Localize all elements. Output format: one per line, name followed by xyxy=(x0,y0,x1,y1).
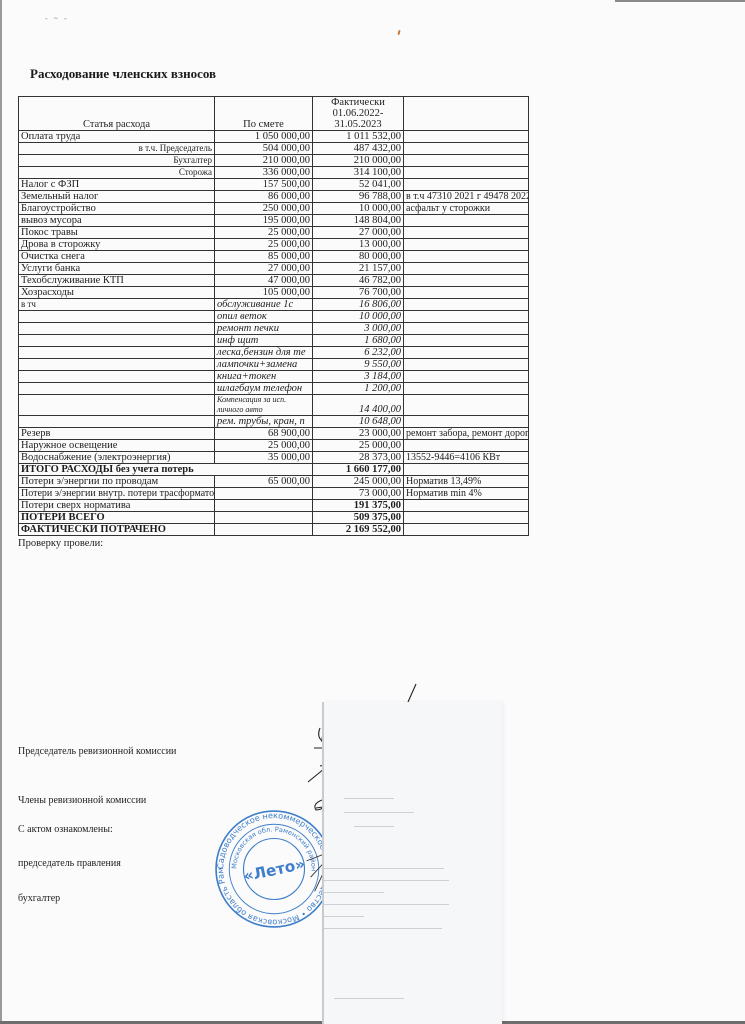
corner-marks: - ~ - xyxy=(45,14,69,23)
expense-item: Сторожа xyxy=(19,167,215,179)
table-row: Наружное освещение25 000,0025 000,00 xyxy=(19,440,529,452)
budget-amount: 25 000,00 xyxy=(215,440,313,452)
expense-item: Резерв xyxy=(19,428,215,440)
empty-cell xyxy=(215,512,313,524)
actual-amount: 76 700,00 xyxy=(313,287,404,299)
sub-amount: 10 648,00 xyxy=(313,416,404,428)
budget-amount: 157 500,00 xyxy=(215,179,313,191)
spent-total-amount: 2 169 552,00 xyxy=(313,524,404,536)
audit-chair-label: Председатель ревизионной комиссии xyxy=(18,746,176,757)
sub-item: инф щит xyxy=(215,335,313,347)
actual-amount: 1 011 532,00 xyxy=(313,131,404,143)
sub-amount: 3 184,00 xyxy=(313,371,404,383)
note-cell: ремонт забора, ремонт дороги xyxy=(404,428,529,440)
budget-amount: 1 050 000,00 xyxy=(215,131,313,143)
table-row: вывоз мусора195 000,00148 804,00 xyxy=(19,215,529,227)
acknowledged-label: С актом ознакомлены: xyxy=(18,824,113,835)
sub-item: леска,бензин для те xyxy=(215,347,313,359)
note-cell xyxy=(404,143,529,155)
budget-amount: 65 000,00 xyxy=(215,476,313,488)
accountant-label: бухгалтер xyxy=(18,893,60,904)
budget-amount: 27 000,00 xyxy=(215,263,313,275)
sub-amount: 3 000,00 xyxy=(313,323,404,335)
table-row: Налог с ФЗП157 500,0052 041,00 xyxy=(19,179,529,191)
table-row: Благоустройство250 000,0010 000,00асфаль… xyxy=(19,203,529,215)
sub-row: опил веток10 000,00 xyxy=(19,311,529,323)
empty-cell xyxy=(404,311,529,323)
sub-row: леска,бензин для те6 232,00 xyxy=(19,347,529,359)
header-budget: По смете xyxy=(215,97,313,131)
empty-cell xyxy=(404,323,529,335)
sub-item: обслуживание 1с xyxy=(215,299,313,311)
actual-amount: 487 432,00 xyxy=(313,143,404,155)
header-note xyxy=(404,97,529,131)
expense-item: Услуги банка xyxy=(19,263,215,275)
actual-amount: 245 000,00 xyxy=(313,476,404,488)
scan-edge xyxy=(615,0,745,2)
note-cell xyxy=(404,251,529,263)
sub-row: рем. трубы, кран, п10 648,00 xyxy=(19,416,529,428)
empty-cell xyxy=(19,383,215,395)
actual-amount: 46 782,00 xyxy=(313,275,404,287)
budget-amount: 250 000,00 xyxy=(215,203,313,215)
sub-amount: 9 550,00 xyxy=(313,359,404,371)
actual-amount: 28 373,00 xyxy=(313,452,404,464)
overlaid-paper xyxy=(322,702,502,1024)
actual-amount: 191 375,00 xyxy=(313,500,404,512)
empty-cell xyxy=(404,347,529,359)
table-row: Хозрасходы105 000,0076 700,00 xyxy=(19,287,529,299)
sub-amount: 10 000,00 xyxy=(313,311,404,323)
expense-item: Очистка снега xyxy=(19,251,215,263)
total-row: ИТОГО РАСХОДЫ без учета потерь1 660 177,… xyxy=(19,464,529,476)
empty-cell xyxy=(19,323,215,335)
empty-cell xyxy=(19,395,215,416)
scan-edge xyxy=(0,0,2,1024)
expense-item: Налог с ФЗП xyxy=(19,179,215,191)
table-row: Покос травы25 000,0027 000,00 xyxy=(19,227,529,239)
table-row: Сторожа336 000,00314 100,00 xyxy=(19,167,529,179)
actual-amount: 80 000,00 xyxy=(313,251,404,263)
expense-item: Земельный налог xyxy=(19,191,215,203)
empty-cell xyxy=(19,335,215,347)
sub-row: книга+токен3 184,00 xyxy=(19,371,529,383)
empty-cell xyxy=(19,311,215,323)
note-cell xyxy=(404,440,529,452)
note-cell xyxy=(404,131,529,143)
expense-item: Оплата труда xyxy=(19,131,215,143)
actual-amount: 210 000,00 xyxy=(313,155,404,167)
loss-item: Потери э/энергии по проводам xyxy=(19,476,215,488)
checked-by-label: Проверку провели: xyxy=(18,538,103,549)
sub-row: в тчобслуживание 1с16 806,00 xyxy=(19,299,529,311)
table-row: Техобслуживание КТП47 000,0046 782,00 xyxy=(19,275,529,287)
table-row: Услуги банка27 000,0021 157,00 xyxy=(19,263,529,275)
table-row: Земельный налог86 000,0096 788,00в т.ч 4… xyxy=(19,191,529,203)
loss-item: Потери сверх норматива xyxy=(19,500,215,512)
table-row: Оплата труда1 050 000,001 011 532,00 xyxy=(19,131,529,143)
empty-cell xyxy=(404,371,529,383)
sub-amount: 1 200,00 xyxy=(313,383,404,395)
expense-item: в т.ч. Председатель xyxy=(19,143,215,155)
sub-item: шлагбаум телефон xyxy=(215,383,313,395)
budget-amount: 336 000,00 xyxy=(215,167,313,179)
empty-cell xyxy=(404,299,529,311)
sub-label: в тч xyxy=(19,299,215,311)
empty-cell xyxy=(404,464,529,476)
loss-row: Потери э/энергии по проводам65 000,00245… xyxy=(19,476,529,488)
note-cell xyxy=(404,179,529,191)
table-row: Резерв68 900,0023 000,00ремонт забора, р… xyxy=(19,428,529,440)
sub-item: ремонт печки xyxy=(215,323,313,335)
sub-row: шлагбаум телефон1 200,00 xyxy=(19,383,529,395)
budget-amount: 210 000,00 xyxy=(215,155,313,167)
table-row: в т.ч. Председатель504 000,00487 432,00 xyxy=(19,143,529,155)
empty-cell xyxy=(404,512,529,524)
empty-cell xyxy=(404,416,529,428)
actual-amount: 314 100,00 xyxy=(313,167,404,179)
budget-amount: 25 000,00 xyxy=(215,227,313,239)
actual-amount: 13 000,00 xyxy=(313,239,404,251)
table-row: Водоснабжение (электроэнергия)35 000,002… xyxy=(19,452,529,464)
expense-item: Наружное освещение xyxy=(19,440,215,452)
note-cell: Норматив 13,49% xyxy=(404,476,529,488)
expense-item: Бухгалтер xyxy=(19,155,215,167)
budget-amount: 35 000,00 xyxy=(215,452,313,464)
note-cell xyxy=(404,227,529,239)
note-cell xyxy=(404,263,529,275)
empty-cell xyxy=(19,347,215,359)
sub-amount: 1 680,00 xyxy=(313,335,404,347)
sub-item: опил веток xyxy=(215,311,313,323)
actual-amount: 23 000,00 xyxy=(313,428,404,440)
svg-text:«Лето»: «Лето» xyxy=(242,855,306,886)
note-cell xyxy=(404,155,529,167)
budget-amount: 504 000,00 xyxy=(215,143,313,155)
budget-amount: 47 000,00 xyxy=(215,275,313,287)
audit-members-label: Члены ревизионной комиссии xyxy=(18,795,146,806)
sub-row: инф щит1 680,00 xyxy=(19,335,529,347)
empty-cell xyxy=(404,383,529,395)
expense-item: вывоз мусора xyxy=(19,215,215,227)
sub-row: Компенсация за исп. личного авто14 400,0… xyxy=(19,395,529,416)
total-expenses-amount: 1 660 177,00 xyxy=(313,464,404,476)
table-header-row: Статья расхода По смете Фактически 01.06… xyxy=(19,97,529,131)
budget-amount: 68 900,00 xyxy=(215,428,313,440)
expense-table: Статья расхода По смете Фактически 01.06… xyxy=(18,96,529,536)
budget-amount: 195 000,00 xyxy=(215,215,313,227)
loss-item: Потери э/энергии внутр. потери трасформа… xyxy=(19,488,215,500)
total-expenses-label: ИТОГО РАСХОДЫ без учета потерь xyxy=(19,464,313,476)
empty-cell xyxy=(19,371,215,383)
budget-amount: 86 000,00 xyxy=(215,191,313,203)
note-cell: в т.ч 47310 2021 г 49478 2022г xyxy=(404,191,529,203)
actual-amount: 27 000,00 xyxy=(313,227,404,239)
losses-total-label: ПОТЕРИ ВСЕГО xyxy=(19,512,215,524)
sub-amount: 6 232,00 xyxy=(313,347,404,359)
budget-amount: 85 000,00 xyxy=(215,251,313,263)
expense-item: Покос травы xyxy=(19,227,215,239)
sub-row: лампочки+замена9 550,00 xyxy=(19,359,529,371)
organization-stamp: Садоводческое некоммерческое товариществ… xyxy=(213,808,335,930)
note-cell xyxy=(404,167,529,179)
actual-amount: 21 157,00 xyxy=(313,263,404,275)
actual-amount: 73 000,00 xyxy=(313,488,404,500)
ink-mark xyxy=(397,30,400,35)
expense-item: Хозрасходы xyxy=(19,287,215,299)
empty-cell xyxy=(19,416,215,428)
loss-row: Потери э/энергии внутр. потери трасформа… xyxy=(19,488,529,500)
note-cell: Норматив min 4% xyxy=(404,488,529,500)
empty-cell xyxy=(404,335,529,347)
spent-total-label: ФАКТИЧЕСКИ ПОТРАЧЕНО xyxy=(19,524,215,536)
budget-amount xyxy=(215,488,313,500)
expense-item: Благоустройство xyxy=(19,203,215,215)
expense-item: Техобслуживание КТП xyxy=(19,275,215,287)
empty-cell xyxy=(19,359,215,371)
header-item: Статья расхода xyxy=(19,97,215,131)
document-title: Расходование членских взносов xyxy=(30,66,216,82)
table-row: Дрова в сторожку25 000,0013 000,00 xyxy=(19,239,529,251)
actual-amount: 52 041,00 xyxy=(313,179,404,191)
actual-amount: 96 788,00 xyxy=(313,191,404,203)
budget-amount xyxy=(215,500,313,512)
sub-item: рем. трубы, кран, п xyxy=(215,416,313,428)
empty-cell xyxy=(215,524,313,536)
sub-amount: 16 806,00 xyxy=(313,299,404,311)
actual-amount: 10 000,00 xyxy=(313,203,404,215)
expense-item: Дрова в сторожку xyxy=(19,239,215,251)
note-cell xyxy=(404,215,529,227)
empty-cell xyxy=(404,359,529,371)
sub-item: книга+токен xyxy=(215,371,313,383)
note-cell: 13552-9446=4106 КВт xyxy=(404,452,529,464)
budget-amount: 105 000,00 xyxy=(215,287,313,299)
note-cell xyxy=(404,287,529,299)
budget-amount: 25 000,00 xyxy=(215,239,313,251)
actual-amount: 25 000,00 xyxy=(313,440,404,452)
expense-item: Водоснабжение (электроэнергия) xyxy=(19,452,215,464)
empty-cell xyxy=(404,524,529,536)
loss-row: Потери сверх норматива191 375,00 xyxy=(19,500,529,512)
spent-total-row: ФАКТИЧЕСКИ ПОТРАЧЕНО2 169 552,00 xyxy=(19,524,529,536)
note-cell xyxy=(404,239,529,251)
table-row: Бухгалтер210 000,00210 000,00 xyxy=(19,155,529,167)
note-cell xyxy=(404,275,529,287)
losses-total-amount: 509 375,00 xyxy=(313,512,404,524)
sub-row: ремонт печки3 000,00 xyxy=(19,323,529,335)
sub-amount: 14 400,00 xyxy=(313,395,404,416)
note-cell xyxy=(404,500,529,512)
actual-amount: 148 804,00 xyxy=(313,215,404,227)
sub-item: Компенсация за исп. личного авто xyxy=(215,395,313,416)
empty-cell xyxy=(404,395,529,416)
note-cell: асфальт у сторожки xyxy=(404,203,529,215)
losses-total-row: ПОТЕРИ ВСЕГО509 375,00 xyxy=(19,512,529,524)
header-actual: Фактически 01.06.2022-31.05.2023 xyxy=(313,97,404,131)
sub-item: лампочки+замена xyxy=(215,359,313,371)
board-chair-label: председатель правления xyxy=(18,858,121,869)
table-row: Очистка снега85 000,0080 000,00 xyxy=(19,251,529,263)
